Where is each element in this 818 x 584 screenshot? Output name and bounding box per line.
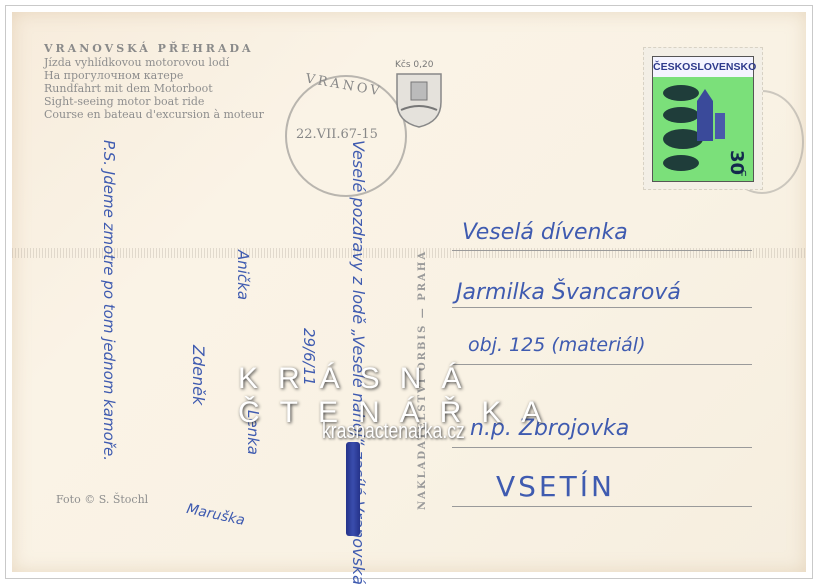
printed-line-english: Sight-seeing motor boat ride: [44, 95, 204, 109]
postage-stamp: ČESKOSLOVENSKO 30 h: [643, 47, 763, 190]
signature-zdenek: Zdeněk: [189, 345, 208, 405]
postage-imprint: Kčs 0,20: [385, 60, 455, 132]
ink-stroke: [346, 442, 360, 536]
address-rule-5: [452, 506, 752, 507]
address-rule-1: [452, 250, 752, 251]
address-line-3: obj. 125 (materiál): [468, 334, 645, 356]
address-line-1: Veselá dívenka: [462, 220, 628, 245]
stamp-country: ČESKOSLOVENSKO: [653, 57, 753, 77]
printed-line-french: Course en bateau d'excursion à moteur: [44, 108, 264, 122]
stamp-unit: h: [741, 168, 747, 179]
photo-credit: Foto © S. Štochl: [56, 493, 148, 506]
castle-illustration-icon: [659, 81, 729, 177]
printed-line-german: Rundfahrt mit dem Motorboot: [44, 82, 213, 96]
printed-line-russian: На прогулочном катере: [44, 69, 183, 83]
castle-shield-icon: [393, 72, 445, 128]
address-rule-2: [452, 307, 752, 308]
watermark-url: krasnactenarka.cz: [322, 418, 465, 444]
address-line-5: VSETÍN: [496, 470, 615, 503]
printed-title: VRANOVSKÁ PŘEHRADA: [44, 42, 254, 55]
signature-anicka: Anička: [234, 250, 252, 300]
address-line-2: Jarmilka Švancarová: [456, 280, 681, 305]
address-rule-4: [452, 447, 752, 448]
printed-line-czech: Jízda vyhlídkovou motorovou lodí: [44, 56, 229, 70]
imprint-value: Kčs 0,20: [395, 60, 433, 70]
message-ps: P.S. Jdeme zmotre po tom jednom kamoře.: [100, 140, 118, 461]
